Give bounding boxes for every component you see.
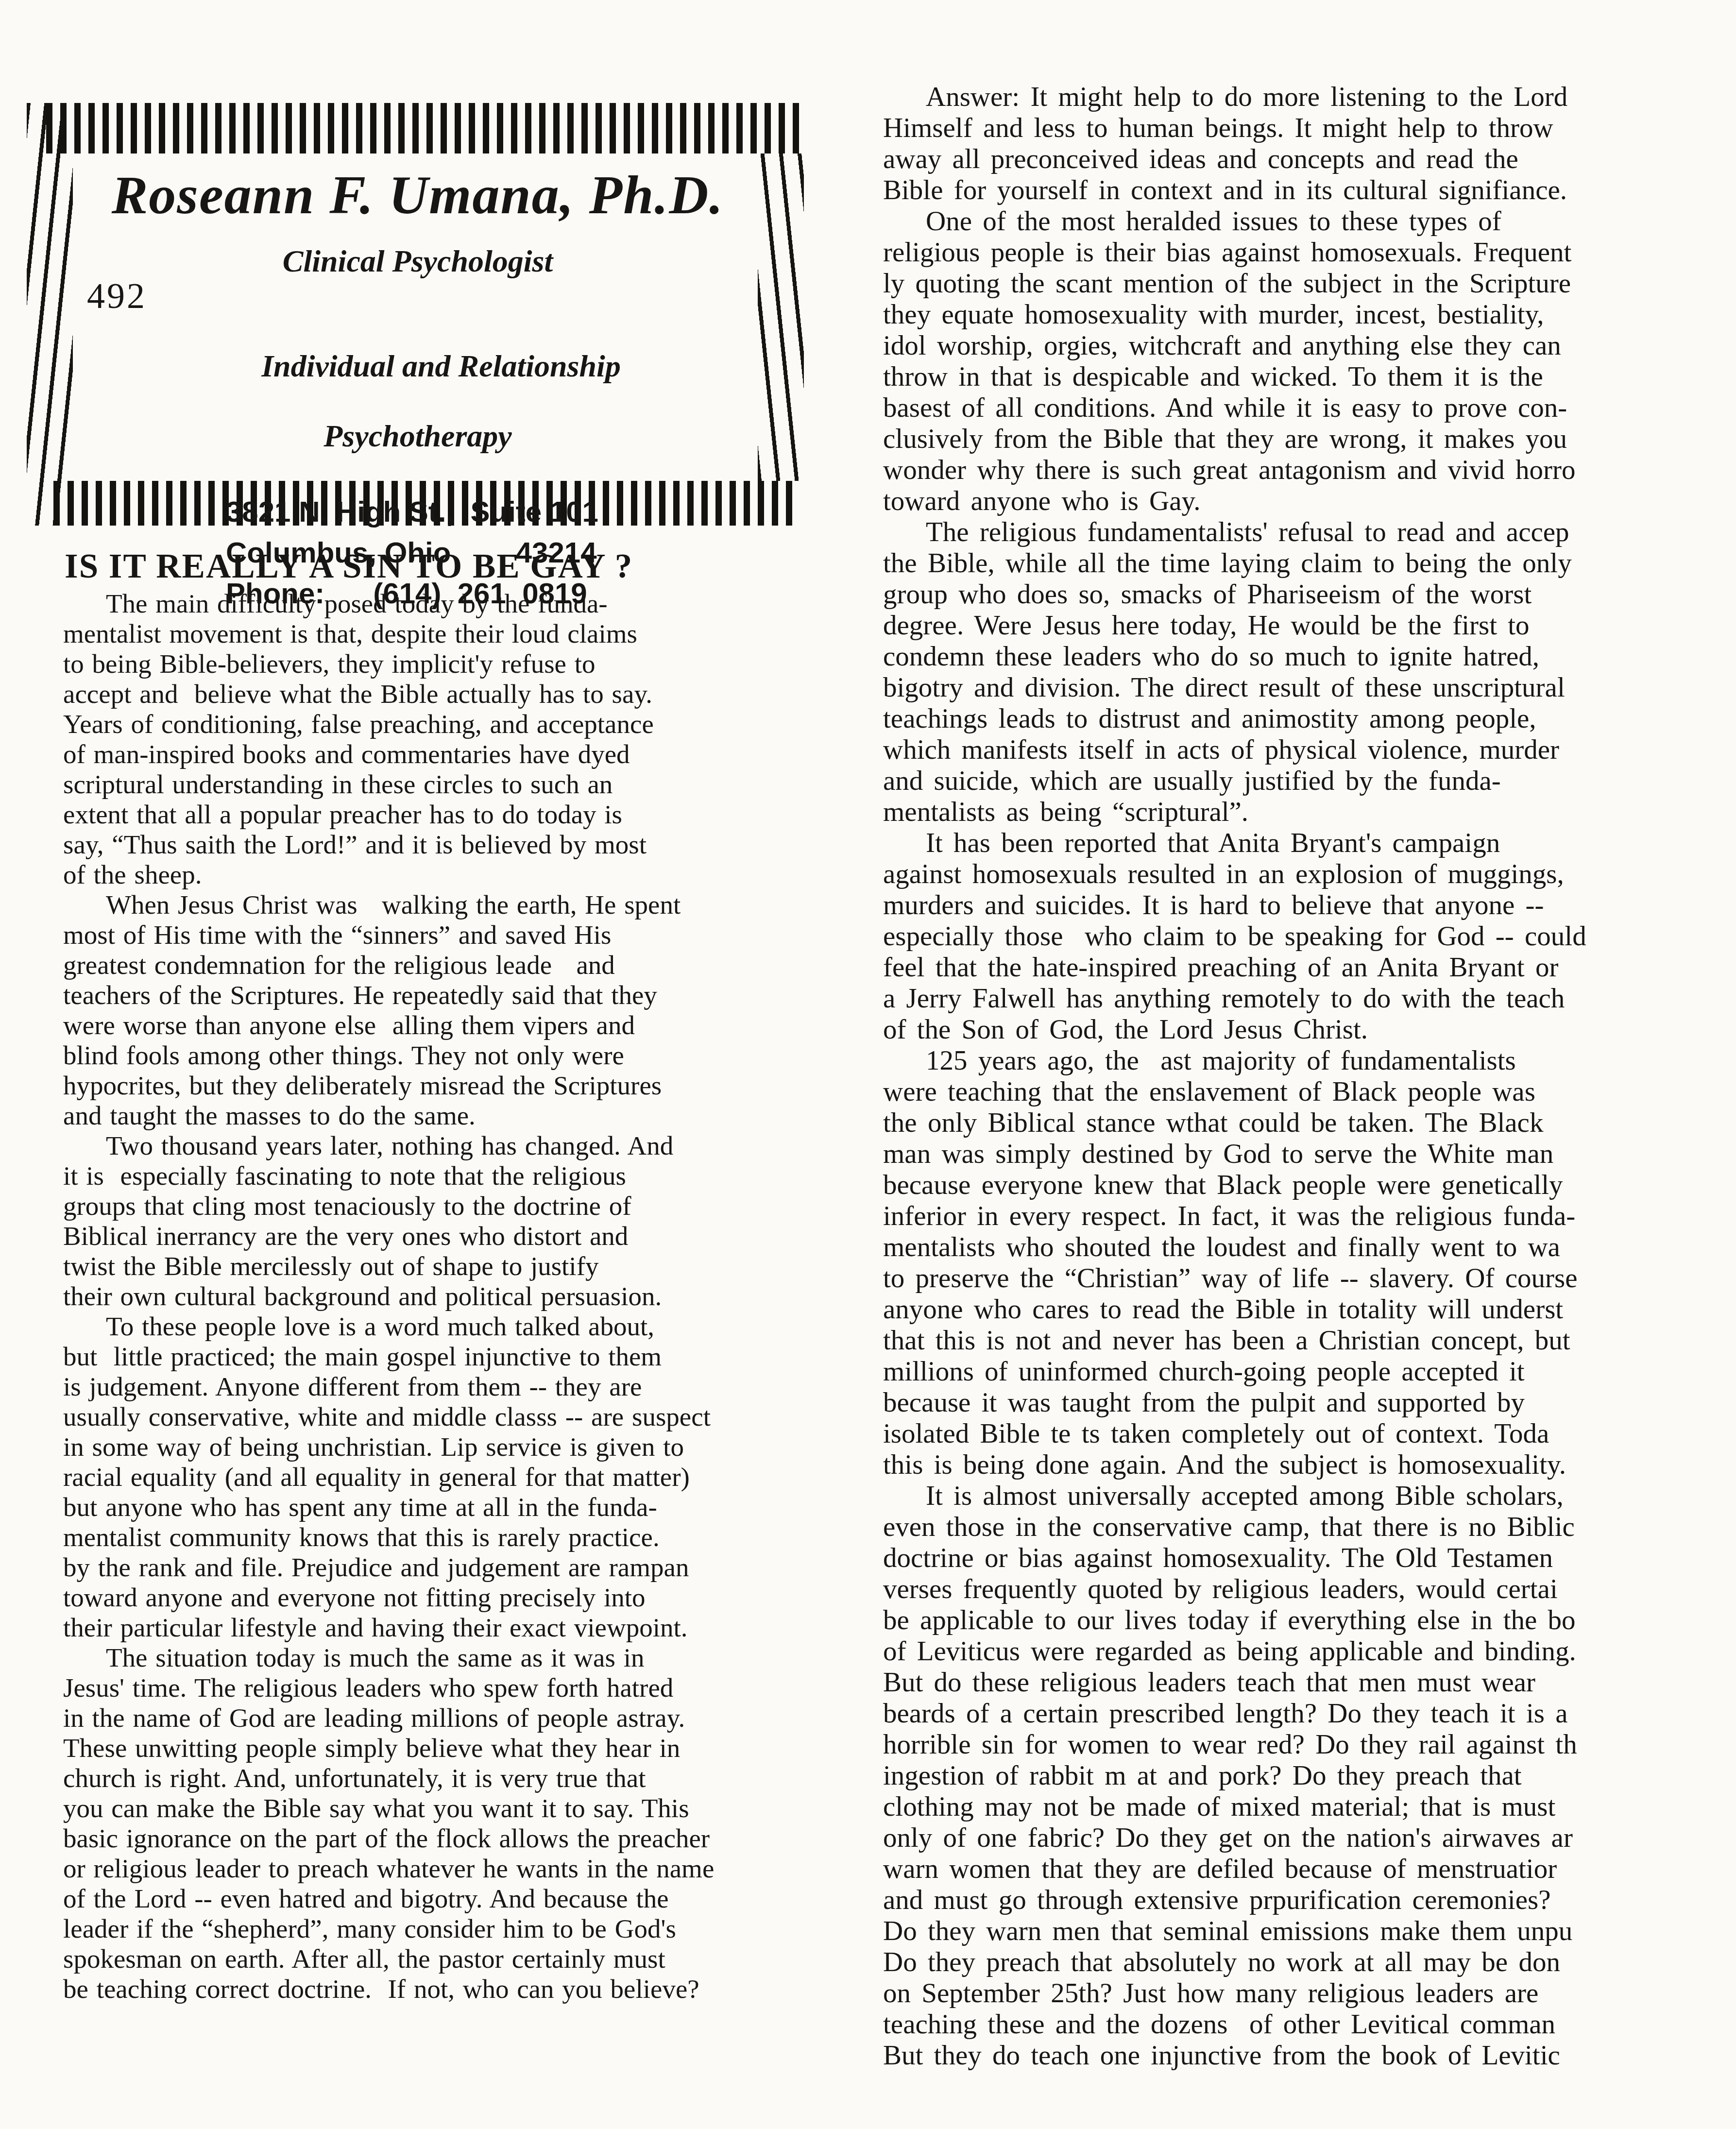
text-line: racial equality (and all equality in gen… (63, 1462, 882, 1492)
text-line: this is being done again. And the subjec… (883, 1449, 1736, 1481)
text-line: Bible for yourself in context and in its… (883, 175, 1736, 206)
text-line: condemn these leaders who do so much to … (883, 641, 1736, 672)
text-line: and suicide, which are usually justified… (883, 766, 1736, 797)
text-line: on September 25th? Just how many religio… (883, 1978, 1736, 2009)
text-line: To these people love is a word much talk… (63, 1311, 882, 1342)
text-line: of the Son of God, the Lord Jesus Christ… (883, 1014, 1736, 1045)
text-line: 125 years ago, the ast majority of funda… (883, 1045, 1736, 1076)
right-column-text: Answer: It might help to do more listeni… (883, 82, 1736, 2071)
text-line: anyone who cares to read the Bible in to… (883, 1294, 1736, 1325)
text-line: be applicable to our lives today if ever… (883, 1605, 1736, 1636)
text-line: a Jerry Falwell has anything remotely to… (883, 983, 1736, 1014)
ad-title-individual-relationship: 492 Individual and Relationship (80, 279, 755, 419)
text-line: which manifests itself in acts of physic… (883, 734, 1736, 766)
text-line: inferior in every respect. In fact, it w… (883, 1201, 1736, 1232)
text-line: to being Bible-believers, they implicit'… (63, 649, 882, 679)
ad-psychologist-name: Roseann F. Umana, Ph.D. (80, 166, 755, 224)
paragraph: Two thousand years later, nothing has ch… (63, 1131, 882, 1311)
text-line: doctrine or bias against homosexuality. … (883, 1543, 1736, 1574)
text-line: One of the most heralded issues to these… (883, 206, 1736, 237)
text-line: groups that cling most tenaciously to th… (63, 1191, 882, 1221)
text-line: teachings leads to distrust and animosti… (883, 703, 1736, 734)
text-line: These unwitting people simply believe wh… (63, 1733, 882, 1763)
text-line: The situation today is much the same as … (63, 1643, 882, 1673)
text-line: be teaching correct doctrine. If not, wh… (63, 1974, 882, 2004)
text-line: it is especially fascinating to note tha… (63, 1161, 882, 1191)
text-line: you can make the Bible say what you want… (63, 1793, 882, 1823)
text-line: teaching these and the dozens of other L… (883, 2009, 1736, 2040)
text-line: or religious leader to preach whatever h… (63, 1854, 882, 1884)
ad-left-stripe-border (27, 103, 73, 526)
text-line: were teaching that the enslavement of Bl… (883, 1076, 1736, 1107)
text-line: twist the Bible mercilessly out of shape… (63, 1251, 882, 1281)
text-line: the Bible, while all the time laying cla… (883, 548, 1736, 579)
text-line: their own cultural background and politi… (63, 1281, 882, 1311)
text-line: in the name of God are leading millions … (63, 1703, 882, 1733)
paragraph: It has been reported that Anita Bryant's… (883, 828, 1736, 1045)
text-line: because everyone knew that Black people … (883, 1170, 1736, 1201)
ad-address-line: 3821 N. High St., Suite 101 (226, 492, 755, 532)
text-line: degree. Were Jesus here today, He would … (883, 610, 1736, 641)
text-line: scriptural understanding in these circle… (63, 769, 882, 800)
text-line: church is right. And, unfortunately, it … (63, 1763, 882, 1793)
text-line: usually conservative, white and middle c… (63, 1402, 882, 1432)
text-line: away all preconceived ideas and concepts… (883, 144, 1736, 175)
text-line: Answer: It might help to do more listeni… (883, 82, 1736, 113)
ad-content: Roseann F. Umana, Ph.D. Clinical Psychol… (80, 153, 755, 481)
text-line: were worse than anyone else alling them … (63, 1010, 882, 1040)
text-line: most of His time with the “sinners” and … (63, 920, 882, 950)
text-line: and must go through extensive prpurifica… (883, 1885, 1736, 1916)
text-line: mentalist movement is that, despite thei… (63, 619, 882, 649)
paragraph: The religious fundamentalists' refusal t… (883, 517, 1736, 828)
text-line: leader if the “shepherd”, many consider … (63, 1914, 882, 1944)
text-line: say, “Thus saith the Lord!” and it is be… (63, 830, 882, 860)
paragraph: One of the most heralded issues to these… (883, 206, 1736, 517)
paragraph: It is almost universally accepted among … (883, 1481, 1736, 2071)
text-line: especially those who claim to be speakin… (883, 921, 1736, 952)
text-line: because it was taught from the pulpit an… (883, 1387, 1736, 1418)
text-line: to preserve the “Christian” way of life … (883, 1263, 1736, 1294)
text-line: but anyone who has spent any time at all… (63, 1492, 882, 1522)
text-line: accept and believe what the Bible actual… (63, 679, 882, 709)
paragraph: To these people love is a word much talk… (63, 1311, 882, 1643)
text-line: mentalist community knows that this is r… (63, 1522, 882, 1552)
text-line: by the rank and file. Prejudice and judg… (63, 1552, 882, 1583)
article-title: IS IT REALLY A SIN TO BE GAY ? (65, 547, 633, 586)
text-line: It is almost universally accepted among … (883, 1481, 1736, 1512)
text-line: Years of conditioning, false preaching, … (63, 709, 882, 739)
text-line: But do these religious leaders teach tha… (883, 1667, 1736, 1698)
text-line: clothing may not be made of mixed materi… (883, 1791, 1736, 1822)
text-line: verses frequently quoted by religious le… (883, 1574, 1736, 1605)
text-line: mentalists as being “scriptural”. (883, 797, 1736, 828)
paragraph: Answer: It might help to do more listeni… (883, 82, 1736, 206)
text-line: wonder why there is such great antagonis… (883, 455, 1736, 486)
text-line: Two thousand years later, nothing has ch… (63, 1131, 882, 1161)
text-line: greatest condemnation for the religious … (63, 950, 882, 980)
text-line: extent that all a popular preacher has t… (63, 800, 882, 830)
text-line: The main difficulty posed today by the f… (63, 589, 882, 619)
text-line: Jesus' time. The religious leaders who s… (63, 1673, 882, 1703)
text-line: but little practiced; the main gospel in… (63, 1342, 882, 1372)
text-line: isolated Bible te ts taken completely ou… (883, 1418, 1736, 1449)
text-line: of the sheep. (63, 860, 882, 890)
text-line: Do they preach that absolutely no work a… (883, 1947, 1736, 1978)
text-line: spokesman on earth. After all, the pasto… (63, 1944, 882, 1974)
text-line: idol worship, orgies, witchcraft and any… (883, 330, 1736, 361)
text-line: beards of a certain prescribed length? D… (883, 1698, 1736, 1729)
scanned-magazine-page: { "ad": { "name": "Roseann F. Umana, Ph.… (0, 0, 1736, 2129)
text-line: religious people is their bias against h… (883, 237, 1736, 268)
text-line: hypocrites, but they deliberately misrea… (63, 1071, 882, 1101)
left-column-text: The main difficulty posed today by the f… (63, 589, 882, 2004)
text-line: basest of all conditions. And while it i… (883, 392, 1736, 424)
text-line: clusively from the Bible that they are w… (883, 424, 1736, 455)
text-line: murders and suicides. It is hard to beli… (883, 890, 1736, 921)
text-line: millions of uninformed church-going peop… (883, 1356, 1736, 1387)
text-line: The religious fundamentalists' refusal t… (883, 517, 1736, 548)
text-line: of the Lord -- even hatred and bigotry. … (63, 1884, 882, 1914)
text-line: It has been reported that Anita Bryant's… (883, 828, 1736, 859)
text-line: basic ignorance on the part of the flock… (63, 1823, 882, 1854)
text-line: mentalists who shouted the loudest and f… (883, 1232, 1736, 1263)
text-line: throw in that is despicable and wicked. … (883, 361, 1736, 392)
text-line: Do they warn men that seminal emissions … (883, 1916, 1736, 1947)
text-line: even those in the conservative camp, tha… (883, 1512, 1736, 1543)
text-line: teachers of the Scriptures. He repeatedl… (63, 980, 882, 1010)
page-number: 492 (87, 279, 147, 314)
text-line: only of one fabric? Do they get on the n… (883, 1822, 1736, 1854)
text-line: toward anyone and everyone not fitting p… (63, 1583, 882, 1613)
text-line: toward anyone who is Gay. (883, 486, 1736, 517)
ad-title-psychotherapy: Psychotherapy (80, 419, 755, 454)
therapist-advertisement: Roseann F. Umana, Ph.D. Clinical Psychol… (27, 103, 804, 526)
text-line: bigotry and division. The direct result … (883, 672, 1736, 703)
ad-top-stripe-border (46, 103, 804, 153)
text-line: warn women that they are defiled because… (883, 1854, 1736, 1885)
ad-title-clinical-psychologist: Clinical Psychologist (80, 244, 755, 279)
text-line: blind fools among other things. They not… (63, 1040, 882, 1071)
text-line: man was simply destined by God to serve … (883, 1139, 1736, 1170)
text-line: of man-inspired books and commentaries h… (63, 739, 882, 769)
text-line: When Jesus Christ was walking the earth,… (63, 890, 882, 920)
paragraph: 125 years ago, the ast majority of funda… (883, 1045, 1736, 1481)
text-line: their particular lifestyle and having th… (63, 1613, 882, 1643)
ad-title-individual-relationship-text: Individual and Relationship (261, 349, 621, 383)
text-line: and taught the masses to do the same. (63, 1101, 882, 1131)
text-line: horrible sin for women to wear red? Do t… (883, 1729, 1736, 1760)
text-line: feel that the hate-inspired preaching of… (883, 952, 1736, 983)
text-line: ly quoting the scant mention of the subj… (883, 268, 1736, 299)
text-line: Himself and less to human beings. It mig… (883, 113, 1736, 144)
text-line: of Leviticus were regarded as being appl… (883, 1636, 1736, 1667)
text-line: against homosexuals resulted in an explo… (883, 859, 1736, 890)
ad-right-stripe-border (758, 153, 804, 481)
text-line: in some way of being unchristian. Lip se… (63, 1432, 882, 1462)
paragraph: The situation today is much the same as … (63, 1643, 882, 2004)
text-line: group who does so, smacks of Phariseeism… (883, 579, 1736, 610)
text-line: ingestion of rabbit m at and pork? Do th… (883, 1760, 1736, 1791)
text-line: they equate homosexuality with murder, i… (883, 299, 1736, 330)
paragraph: The main difficulty posed today by the f… (63, 589, 882, 890)
text-line: that this is not and never has been a Ch… (883, 1325, 1736, 1356)
paragraph: When Jesus Christ was walking the earth,… (63, 890, 882, 1131)
text-line: But they do teach one injunctive from th… (883, 2040, 1736, 2071)
text-line: the only Biblical stance wthat could be … (883, 1107, 1736, 1139)
text-line: Biblical inerrancy are the very ones who… (63, 1221, 882, 1251)
text-line: is judgement. Anyone different from them… (63, 1372, 882, 1402)
